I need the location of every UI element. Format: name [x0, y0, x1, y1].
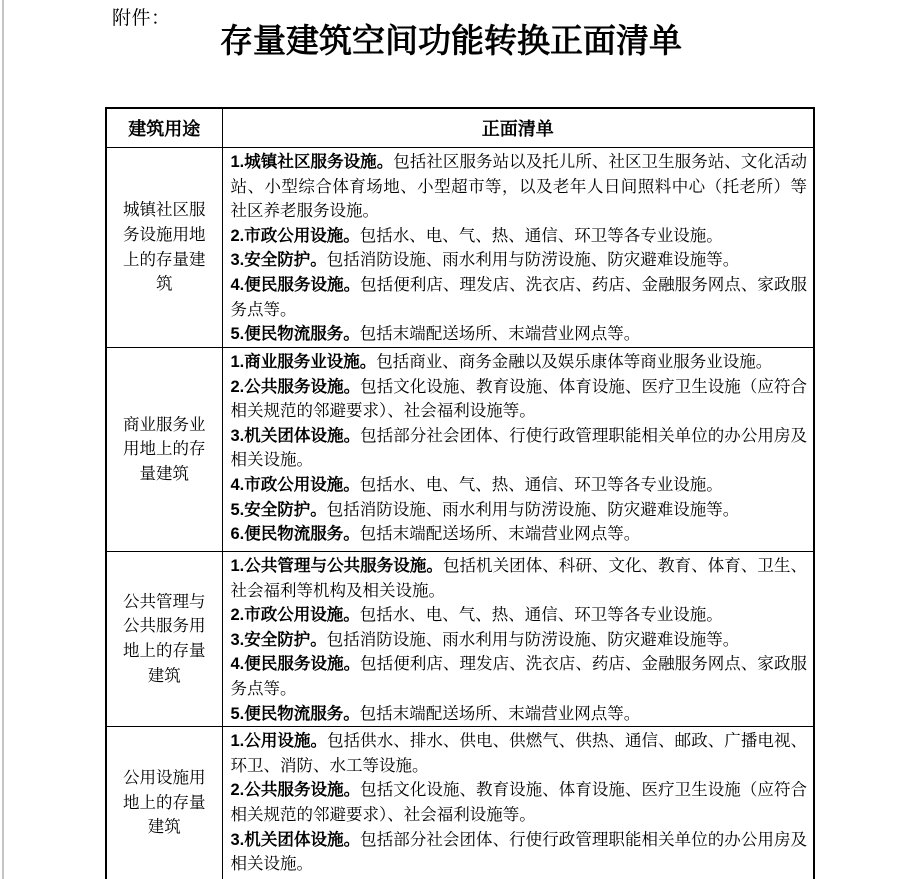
positive-list-cell: 1.公用设施。包括供水、排水、供电、供燃气、供热、通信、邮政、广播电视、环卫、消… — [222, 727, 814, 879]
item-lead: 2.市政公用设施。 — [231, 606, 360, 624]
table-row: 公用设施用地上的存量建筑 1.公用设施。包括供水、排水、供电、供燃气、供热、通信… — [106, 727, 814, 879]
item-lead: 4.便民服务设施。 — [231, 655, 361, 673]
list-item: 2.市政公用设施。包括水、电、气、热、通信、环卫等各专业设施。 — [231, 603, 808, 628]
item-lead: 2.公共服务设施。 — [231, 378, 361, 396]
list-item: 2.公共服务设施。包括文化设施、教育设施、体育设施、医疗卫生设施（应符合相关规范… — [231, 375, 808, 424]
list-item: 2.市政公用设施。包括水、电、气、热、通信、环卫等各专业设施。 — [231, 224, 808, 249]
item-lead: 1.公用设施。 — [231, 732, 328, 750]
item-lead: 5.便民物流服务。 — [231, 705, 360, 723]
item-lead: 4.便民服务设施。 — [231, 276, 361, 294]
item-lead: 2.公共服务设施。 — [231, 781, 361, 799]
document-page: 附件： 存量建筑空间功能转换正面清单 建筑用途 正面清单 城镇社区服务设施用地上… — [0, 0, 913, 879]
list-item: 3.安全防护。包括消防设施、雨水利用与防涝设施、防灾避难设施等。 — [231, 248, 808, 273]
item-body: 包括消防设施、雨水利用与防涝设施、防灾避难设施等。 — [327, 630, 740, 649]
item-body: 包括末端配送场所、末端营业网点等。 — [360, 324, 641, 343]
list-item: 3.安全防护。包括消防设施、雨水利用与防涝设施、防灾避难设施等。 — [231, 628, 808, 653]
building-use-cell: 公共管理与公共服务用地上的存量建筑 — [106, 552, 222, 727]
list-item: 1.公用设施。包括供水、排水、供电、供燃气、供热、通信、邮政、广播电视、环卫、消… — [231, 729, 808, 778]
item-lead: 3.安全防护。 — [231, 251, 327, 269]
table-row: 公共管理与公共服务用地上的存量建筑 1.公共管理与公共服务设施。包括机关团体、科… — [106, 552, 814, 727]
item-body: 包括商业、商务金融以及娱乐康体等商业服务业设施。 — [376, 352, 772, 371]
list-item: 3.机关团体设施。包括部分社会团体、行使行政管理职能相关单位的办公用房及相关设施… — [231, 828, 808, 877]
page-edge-line — [2, 0, 4, 879]
column-header-positive-list: 正面清单 — [222, 108, 814, 148]
item-body: 包括水、电、气、热、通信、环卫等各专业设施。 — [360, 226, 723, 245]
page-title: 存量建筑空间功能转换正面清单 — [97, 21, 805, 61]
list-item: 6.便民物流服务。包括末端配送场所、末端营业网点等。 — [231, 522, 808, 547]
list-item: 1.城镇社区服务设施。包括社区服务站以及托儿所、社区卫生服务站、文化活动站、小型… — [231, 150, 808, 224]
item-body: 包括末端配送场所、末端营业网点等。 — [360, 524, 641, 543]
positive-list-cell: 1.商业服务业设施。包括商业、商务金融以及娱乐康体等商业服务业设施。 2.公共服… — [222, 348, 814, 552]
list-item: 3.机关团体设施。包括部分社会团体、行使行政管理职能相关单位的办公用房及相关设施… — [231, 424, 808, 473]
list-item: 5.便民物流服务。包括末端配送场所、末端营业网点等。 — [231, 702, 808, 727]
list-item: 4.市政公用设施。包括水、电、气、热、通信、环卫等各专业设施。 — [231, 473, 808, 498]
table-row: 商业服务业用地上的存量建筑 1.商业服务业设施。包括商业、商务金融以及娱乐康体等… — [106, 348, 814, 552]
item-body: 包括消防设施、雨水利用与防涝设施、防灾避难设施等。 — [327, 250, 740, 269]
item-lead: 1.公共管理与公共服务设施。 — [231, 557, 443, 575]
list-item: 4.便民服务设施。包括便利店、理发店、洗衣店、药店、金融服务网点、家政服务点等。 — [231, 652, 808, 701]
list-item: 1.公共管理与公共服务设施。包括机关团体、科研、文化、教育、体育、卫生、社会福利… — [231, 554, 808, 603]
table-header-row: 建筑用途 正面清单 — [106, 108, 814, 148]
item-lead: 1.商业服务业设施。 — [231, 353, 377, 371]
building-use-cell: 公用设施用地上的存量建筑 — [106, 727, 222, 879]
positive-list-cell: 1.公共管理与公共服务设施。包括机关团体、科研、文化、教育、体育、卫生、社会福利… — [222, 552, 814, 727]
item-lead: 3.机关团体设施。 — [231, 427, 361, 445]
list-item: 1.商业服务业设施。包括商业、商务金融以及娱乐康体等商业服务业设施。 — [231, 350, 808, 375]
item-lead: 3.机关团体设施。 — [231, 831, 361, 849]
column-header-building-use: 建筑用途 — [106, 108, 222, 148]
list-item: 5.便民物流服务。包括末端配送场所、末端营业网点等。 — [231, 322, 808, 347]
item-lead: 6.便民物流服务。 — [231, 525, 360, 543]
table-row: 城镇社区服务设施用地上的存量建筑 1.城镇社区服务设施。包括社区服务站以及托儿所… — [106, 148, 814, 348]
item-lead: 2.市政公用设施。 — [231, 227, 360, 245]
item-body: 包括消防设施、雨水利用与防涝设施、防灾避难设施等。 — [327, 500, 740, 519]
item-lead: 4.市政公用设施。 — [231, 476, 360, 494]
item-lead: 5.安全防护。 — [231, 501, 327, 519]
positive-list-cell: 1.城镇社区服务设施。包括社区服务站以及托儿所、社区卫生服务站、文化活动站、小型… — [222, 148, 814, 348]
item-body: 包括水、电、气、热、通信、环卫等各专业设施。 — [360, 475, 723, 494]
list-item: 4.便民服务设施。包括便利店、理发店、洗衣店、药店、金融服务网点、家政服务点等。 — [231, 273, 808, 322]
item-lead: 3.安全防护。 — [231, 631, 327, 649]
item-body: 包括水、电、气、热、通信、环卫等各专业设施。 — [360, 605, 723, 624]
building-use-cell: 城镇社区服务设施用地上的存量建筑 — [106, 148, 222, 348]
list-item: 5.安全防护。包括消防设施、雨水利用与防涝设施、防灾避难设施等。 — [231, 498, 808, 523]
item-lead: 1.城镇社区服务设施。 — [231, 153, 394, 171]
building-use-cell: 商业服务业用地上的存量建筑 — [106, 348, 222, 552]
list-item: 2.公共服务设施。包括文化设施、教育设施、体育设施、医疗卫生设施（应符合相关规范… — [231, 778, 808, 827]
item-lead: 5.便民物流服务。 — [231, 325, 360, 343]
positive-list-table: 建筑用途 正面清单 城镇社区服务设施用地上的存量建筑 1.城镇社区服务设施。包括… — [105, 107, 815, 879]
item-body: 包括末端配送场所、末端营业网点等。 — [360, 704, 641, 723]
